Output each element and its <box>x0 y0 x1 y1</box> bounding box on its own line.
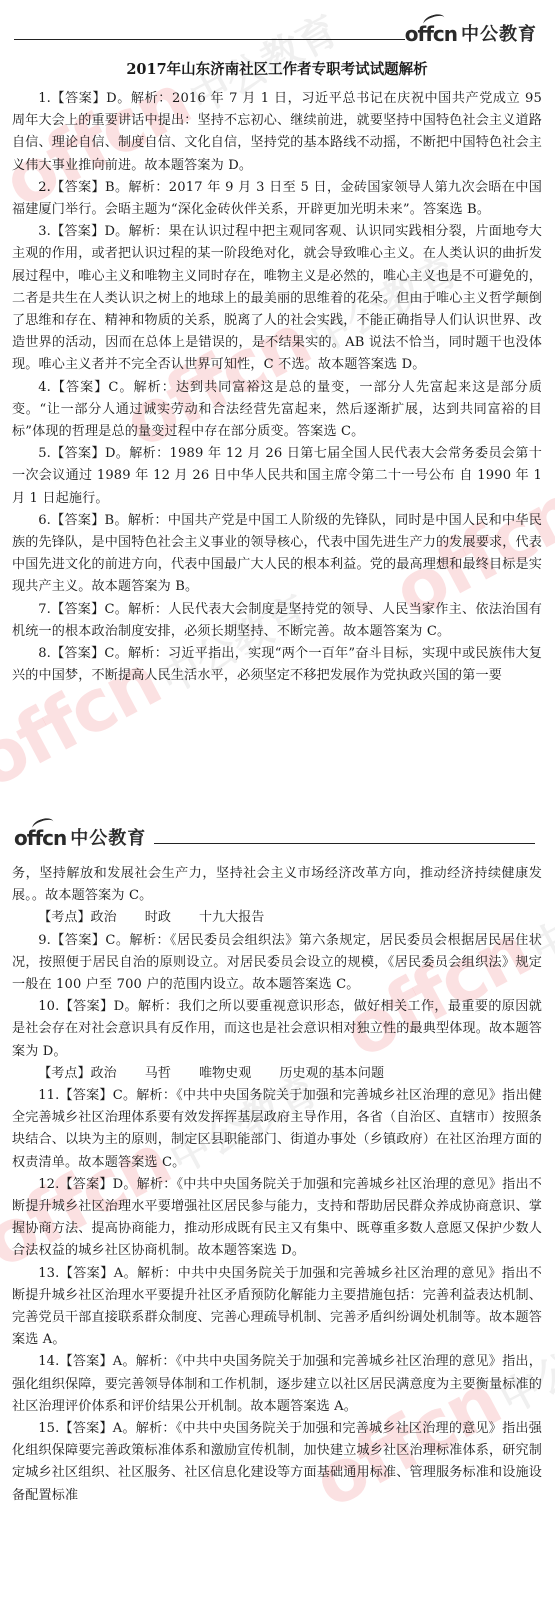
answer-13: 13.【答案】A。解析：中共中央国务院关于加强和完善城乡社区治理的意见》指出不断… <box>12 1263 542 1352</box>
answer-6: 6.【答案】B。解析：中国共产党是中国工人阶级的先锋队，同时是中国人民和中华民族… <box>12 510 542 599</box>
kaodian-item: 历史观的基本问题 <box>279 1066 384 1081</box>
kaodian-item: 十九大报告 <box>199 910 264 925</box>
kaodian-item: 马哲 <box>145 1066 171 1081</box>
answer-5: 5.【答案】D。解析：1989 年 12 月 26 日第七届全国人民代表大会常务… <box>12 443 542 510</box>
kaodian-item: 唯物史观 <box>199 1066 251 1081</box>
answer-9: 9.【答案】C。解析：《居民委员会组织法》第六条规定，居民委员会根据居民居住状况… <box>12 930 542 997</box>
header-rule <box>154 843 535 844</box>
answer-2: 2.【答案】B。解析：2017 年 9 月 3 日至 5 日，金砖国家领导人第九… <box>12 177 542 221</box>
kaodian-label: 【考点】政治 <box>38 1066 117 1081</box>
answer-11: 11.【答案】C。解析：《中共中央国务院关于加强和完善城乡社区治理的意见》指出健… <box>12 1085 542 1174</box>
answer-12: 12.【答案】D。解析：《中共中央国务院关于加强和完善城乡社区治理的意见》指出不… <box>12 1174 542 1263</box>
answer-8-part-2: 务，坚持解放和发展社会生产力，坚持社会主义市场经济改革方向，推动经济持续健康发展… <box>12 863 542 907</box>
header-rule <box>14 39 405 40</box>
kaodian-10: 【考点】政治马哲唯物史观历史观的基本问题 <box>12 1063 542 1085</box>
offcn-logo: offcn 中公教育 <box>14 828 146 848</box>
kaodian-label: 【考点】政治 <box>38 910 117 925</box>
page-header: offcn 中公教育 <box>14 14 537 44</box>
answer-1: 1.【答案】D。解析：2016 年 7 月 1 日，习近平总书记在庆祝中国共产党… <box>12 88 542 177</box>
answer-3: 3.【答案】D。解析：果在认识过程中把主观同客观、认识同实践相分裂，片面地夸大主… <box>12 221 542 376</box>
kaodian-item: 时政 <box>145 910 171 925</box>
page-header-2: offcn 中公教育 <box>14 818 535 848</box>
answer-8-part-1: 8.【答案】C。解析：习近平指出，实现“两个一百年”奋斗目标，实现中或民族伟大复… <box>12 643 542 687</box>
answer-4: 4.【答案】C。解析：达到共同富裕这是总的量变，一部分人先富起来这是部分质变。“… <box>12 377 542 444</box>
page-2: 务，坚持解放和发展社会生产力，坚持社会主义市场经济改革方向，推动经济持续健康发展… <box>12 863 542 1507</box>
page-1: 2017年山东济南社区工作者专职考试试题解析 1.【答案】D。解析：2016 年… <box>12 60 542 687</box>
kaodian-8: 【考点】政治时政十九大报告 <box>12 907 542 929</box>
offcn-logo: offcn 中公教育 <box>405 24 537 44</box>
answer-14: 14.【答案】A。解析：《中共中央国务院关于加强和完善城乡社区治理的意见》指出，… <box>12 1351 542 1418</box>
answer-15: 15.【答案】A。解析：《中共中央国务院关于加强和完善城乡社区治理的意见》指出强… <box>12 1418 542 1507</box>
answer-7: 7.【答案】C。解析：人民代表大会制度是坚持党的领导、人民当家作主、依法治国有机… <box>12 599 542 643</box>
document-title: 2017年山东济南社区工作者专职考试试题解析 <box>12 60 542 80</box>
answer-10: 10.【答案】D。解析：我们之所以要重视意识形态，做好相关工作，最重要的原因就是… <box>12 996 542 1063</box>
